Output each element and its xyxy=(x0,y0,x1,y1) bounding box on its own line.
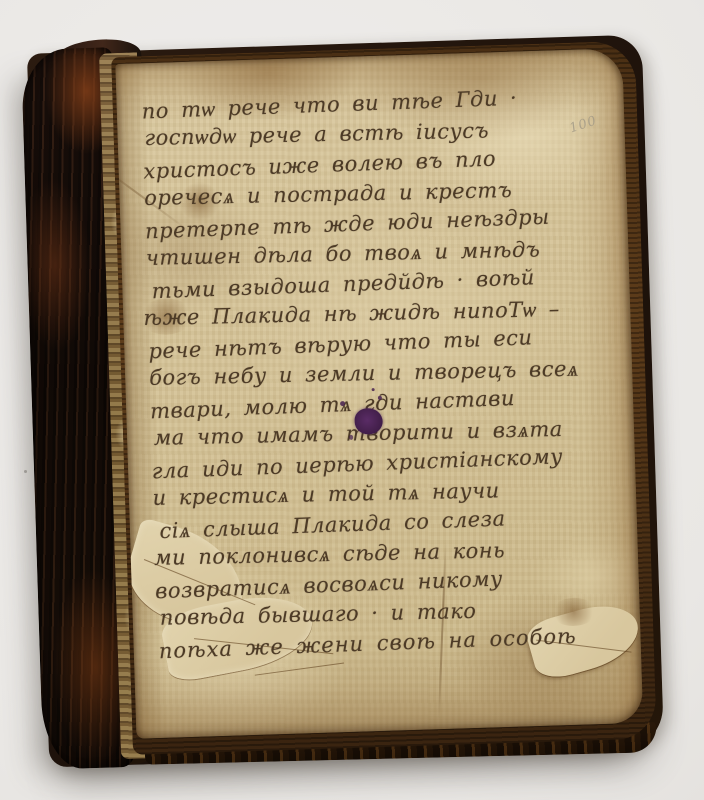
photo-backdrop: 100 по тѡ рече что ви тѣе Гди · госпѡдѡ … xyxy=(0,0,704,800)
handwritten-text: по тѡ рече что ви тѣе Гди · госпѡдѡ рече… xyxy=(141,82,619,665)
page-edge-rim: 100 по тѡ рече что ви тѣе Гди · госпѡдѡ … xyxy=(111,41,657,755)
paper-crack xyxy=(255,662,344,675)
manuscript-book: 100 по тѡ рече что ви тѣе Гди · госпѡдѡ … xyxy=(27,35,664,768)
manuscript-page: 100 по тѡ рече что ви тѣе Гди · госпѡдѡ … xyxy=(115,48,643,739)
ink-speck xyxy=(349,435,353,440)
ink-speck xyxy=(372,388,375,391)
backdrop-speck xyxy=(24,470,27,473)
